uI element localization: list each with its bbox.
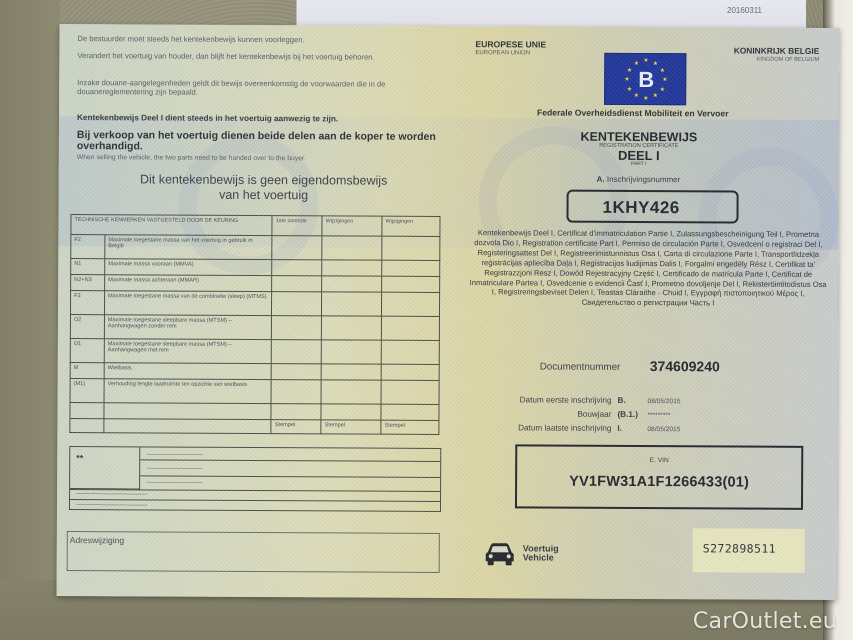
kingdom-label-en: KINGDOM OF BELGIUM xyxy=(709,55,819,65)
country-code: B xyxy=(634,67,658,93)
row-code: N2+N3 xyxy=(71,275,105,291)
vehicle-label: Voertuig Vehicle xyxy=(523,544,559,561)
changes-cell xyxy=(322,236,382,260)
star-icon: ★ xyxy=(634,61,639,67)
row-code: M xyxy=(70,363,104,379)
table-row: F3Maximale toegestane massa van de combi… xyxy=(70,291,439,317)
row-description: Maximale toegestane massa van de combina… xyxy=(104,291,272,316)
registration-number-label: A. Inschrijvingsnummer xyxy=(597,175,681,184)
holder-address-line: ----------------------------------------… xyxy=(146,465,226,471)
changes-cell xyxy=(382,292,440,316)
notice-customs: Inzake douane-aangelegenheden geldt dit … xyxy=(77,78,457,98)
first-control-cell xyxy=(272,236,322,260)
ownership-disclaimer-line1: Dit kentekenbewijs is geen eigendomsbewi… xyxy=(99,172,429,189)
star-icon: ★ xyxy=(660,68,665,74)
changes-cell xyxy=(321,364,381,380)
stamp-row: StempelStempelStempel xyxy=(70,419,439,435)
field-first-registration: Datum eerste inschrijvingB.08/05/2015 xyxy=(498,395,681,405)
holder-box: ** -------------------------------------… xyxy=(69,446,441,512)
field-last-registration: Datum laatste inschrijvingI.08/05/2015 xyxy=(497,423,680,433)
row-code: F2 xyxy=(71,235,105,259)
registration-certificate-document: De bestuurder moet steeds het kentekenbe… xyxy=(57,24,840,600)
field-label: Datum eerste inschrijving xyxy=(498,395,612,405)
star-icon: ★ xyxy=(643,58,648,64)
changes-cell xyxy=(381,316,439,340)
changes-cell xyxy=(322,292,382,316)
eu-label: EUROPESE UNIE EUROPEAN UNION xyxy=(475,40,546,58)
changes-cell xyxy=(321,404,381,420)
field-code: (B.1.) xyxy=(611,410,647,419)
changes-cell xyxy=(321,380,381,404)
federal-service-label: Federale Overheidsdienst Mobiliteit en V… xyxy=(537,107,729,118)
field-label: Bouwjaar xyxy=(497,409,611,419)
changes-cell xyxy=(321,340,381,364)
address-change-label: Adreswijziging xyxy=(70,535,124,545)
changes-cell xyxy=(381,364,439,380)
table-header-changes: Wijzigingen xyxy=(382,216,440,236)
holder-extra-line: ----------------------------------------… xyxy=(76,491,180,498)
star-icon: ★ xyxy=(653,94,658,100)
row-code: N1 xyxy=(71,259,105,275)
stamp-cell: Stempel xyxy=(321,420,381,434)
first-control-cell xyxy=(271,404,321,420)
row-description: Maximale massa vooraan (MMVA) xyxy=(105,259,272,276)
row-description: Verhouding lengte laadruimte ten opzicht… xyxy=(104,379,272,404)
field-build-year: Bouwjaar(B.1.)********* xyxy=(497,409,670,419)
vehicle-label-en: Vehicle xyxy=(523,553,559,562)
first-control-cell xyxy=(271,364,321,380)
row-description: Maximale toegestane sleepbare massa (MTS… xyxy=(104,315,272,340)
document-number-label: Documentnummer xyxy=(540,361,621,372)
table-header-technical: TECHNISCHE KENMERKEN VASTGESTELD DOOR DE… xyxy=(71,215,272,236)
row-description: Maximale massa achteraan (MMAR) xyxy=(105,275,272,292)
field-value: ********* xyxy=(647,412,670,419)
star-icon: ★ xyxy=(660,87,665,93)
document-number-value: 374609240 xyxy=(650,358,720,374)
first-control-cell xyxy=(272,276,322,292)
table-row xyxy=(70,403,439,421)
background-paper-number: 20160311 xyxy=(727,6,762,15)
star-icon: ★ xyxy=(624,77,629,83)
notice-holder-change: Verandert het voertuig van houder, dan b… xyxy=(77,51,457,62)
certificate-title: KENTEKENBEWIJS REGISTRATION CERTIFICATE … xyxy=(529,130,749,167)
field-value: 08/05/2015 xyxy=(647,426,680,433)
kingdom-label-nl: KONINKRIJK BELGIE xyxy=(734,45,820,55)
star-icon: ★ xyxy=(662,77,667,83)
empty-cell xyxy=(104,419,271,434)
technical-characteristics-table: TECHNISCHE KENMERKEN VASTGESTELD DOOR DE… xyxy=(69,214,440,435)
row-code: F3 xyxy=(70,291,104,315)
eu-flag-icon: B ★★★★★★★★★★★★ xyxy=(604,53,686,105)
first-control-cell xyxy=(272,316,322,340)
star-icon: ★ xyxy=(627,86,632,92)
table-header-first-control: 1ste controle xyxy=(272,216,322,236)
field-label: Datum laatste inschrijving xyxy=(497,423,611,433)
table-row: N1Maximale massa vooraan (MMVA) xyxy=(71,259,440,277)
star-icon: ★ xyxy=(634,93,639,99)
changes-cell xyxy=(382,260,440,276)
serial-number: S272898511 xyxy=(693,528,805,573)
watermark-logo: CarOutlet.eu xyxy=(693,609,837,634)
first-control-cell xyxy=(271,380,321,404)
star-icon: ★ xyxy=(643,96,648,102)
address-change-box: Adreswijziging xyxy=(67,531,440,573)
field-value: 08/05/2015 xyxy=(648,398,681,405)
ownership-disclaimer-line2: van het voertuig xyxy=(99,187,429,204)
row-code: O2 xyxy=(70,315,104,339)
empty-cell xyxy=(70,419,104,433)
holder-city-line: ----------------------------------------… xyxy=(146,479,226,485)
ownership-disclaimer: Dit kentekenbewijs is geen eigendomsbewi… xyxy=(99,172,429,204)
holder-stars: ** xyxy=(76,453,83,463)
table-row: F2Maximale toegestane massa van het voer… xyxy=(71,235,440,261)
first-control-cell xyxy=(272,260,322,276)
row-description: Wielbasis xyxy=(104,363,271,380)
table-row: N2+N3Maximale massa achteraan (MMAR) xyxy=(71,275,440,293)
row-code xyxy=(70,403,104,419)
registration-number: 1KHY426 xyxy=(566,190,738,224)
eu-label-en: EUROPEAN UNION xyxy=(475,49,546,58)
field-code: I. xyxy=(611,424,647,433)
holder-extra-line: ----------------------------------------… xyxy=(76,502,180,509)
first-control-cell xyxy=(272,292,322,316)
field-code: B. xyxy=(612,396,648,405)
table-row: (M1)Verhouding lengte laadruimte ten opz… xyxy=(70,379,439,405)
star-icon: ★ xyxy=(627,67,632,73)
first-control-cell xyxy=(272,340,322,364)
kingdom-label: KONINKRIJK BELGIE KINGDOM OF BELGIUM xyxy=(709,46,819,65)
car-seat-background xyxy=(0,0,60,640)
table-header-changes: Wijzigingen xyxy=(322,216,382,236)
stamp-cell: Stempel xyxy=(271,420,321,434)
registration-number-code: A. xyxy=(597,175,605,184)
row-code: O1 xyxy=(70,339,104,363)
changes-cell xyxy=(381,404,439,420)
changes-cell xyxy=(382,236,440,260)
row-description: Maximale toegestane massa van het voertu… xyxy=(105,235,273,260)
changes-cell xyxy=(381,340,439,364)
holder-name-line: ----------------------------------------… xyxy=(146,451,226,457)
table-row: MWielbasis xyxy=(70,363,439,381)
changes-cell xyxy=(382,276,440,292)
changes-cell xyxy=(322,276,382,292)
changes-cell xyxy=(322,260,382,276)
row-description xyxy=(104,403,271,420)
vin-label: E. VIN xyxy=(517,456,801,464)
changes-cell xyxy=(322,316,382,340)
row-description: Maximale toegestane sleepbare massa (MTS… xyxy=(104,339,272,364)
notice-present-document: De bestuurder moet steeds het kentekenbe… xyxy=(77,34,457,45)
vin-value: YV1FW31A1F1266433(01) xyxy=(517,473,801,490)
table-row: O1Maximale toegestane sleepbare massa (M… xyxy=(70,339,439,365)
certificate-title-nl: KENTEKENBEWIJS xyxy=(529,130,749,143)
stamp-cell: Stempel xyxy=(381,420,439,434)
vin-box: E. VIN YV1FW31A1F1266433(01) xyxy=(515,444,803,510)
changes-cell xyxy=(381,380,439,404)
row-code: (M1) xyxy=(70,379,104,403)
multilingual-certificate-names: Kentekenbewijs Deel I, Certificat d'imma… xyxy=(468,228,828,309)
star-icon: ★ xyxy=(653,61,658,67)
car-icon xyxy=(485,542,515,566)
notice-sale-nl: Bij verkoop van het voertuig dienen beid… xyxy=(77,130,457,154)
table-row: O2Maximale toegestane sleepbare massa (M… xyxy=(70,315,439,341)
registration-number-label-text: Inschrijvingsnummer xyxy=(607,175,680,184)
eu-label-nl: EUROPESE UNIE xyxy=(475,39,546,49)
